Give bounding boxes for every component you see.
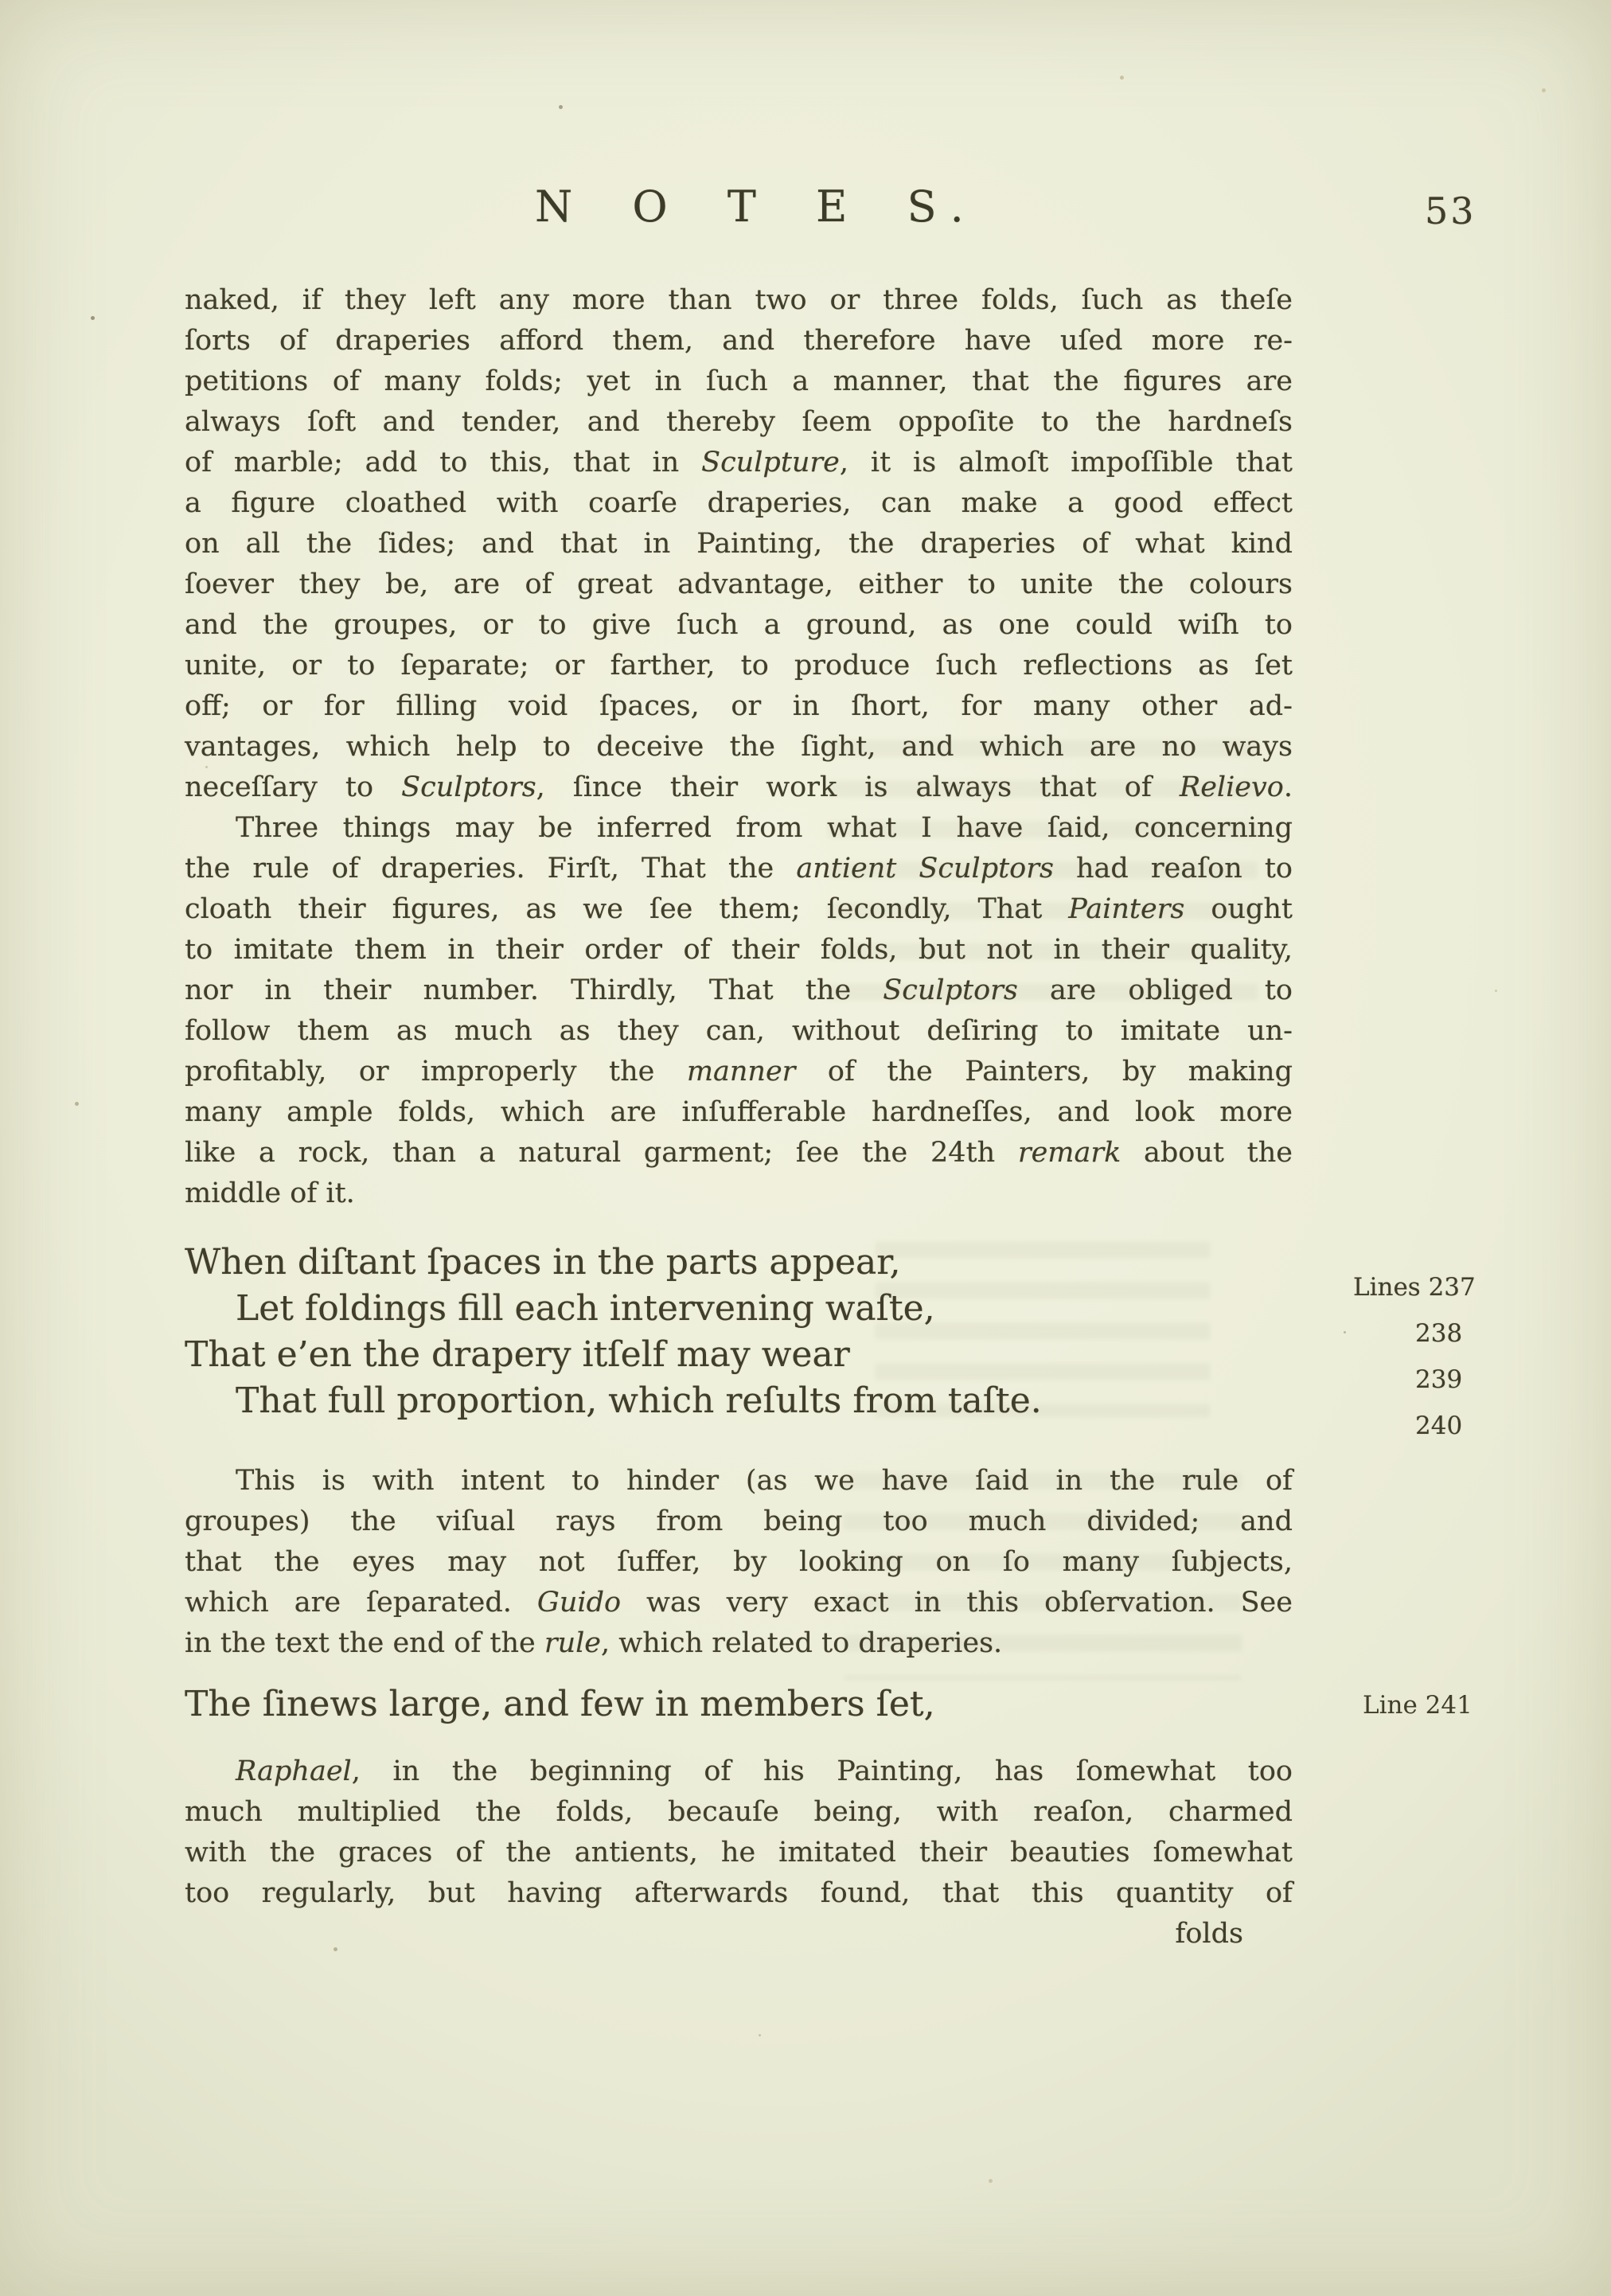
verse-quotation: When diſtant ſpaces in the parts appear,… (185, 1240, 1293, 1424)
text-line: in the text the end of the rule, which r… (185, 1623, 1293, 1664)
text-line: 239 (1353, 1357, 1504, 1403)
text-line: profitably, or improperly the manner of … (185, 1052, 1293, 1092)
text-line: That full proportion, which reſults from… (185, 1378, 1293, 1424)
text-line: 238 (1353, 1310, 1504, 1357)
text-line: When diſtant ſpaces in the parts appear, (185, 1240, 1293, 1286)
text-line: Raphael, in the beginning of his Paintin… (185, 1751, 1293, 1792)
text-line: on all the ſides; and that in Painting, … (185, 524, 1293, 564)
page-number: 53 (1425, 189, 1476, 232)
text-line: neceſſary to Sculptors, ſince their work… (185, 767, 1293, 808)
text-line: That e’en the drapery itſelf may wear (185, 1332, 1293, 1378)
text-line: which are ſeparated. Guido was very exac… (185, 1583, 1293, 1623)
text-line: ſorts of draperies afford them, and ther… (185, 321, 1293, 361)
text-line: that the eyes may not ſuffer, by looking… (185, 1542, 1293, 1583)
text-line: like a rock, than a natural garment; ſee… (185, 1133, 1293, 1173)
text-line: Three things may be inferred from what I… (185, 808, 1293, 849)
text-line: This is with intent to hinder (as we hav… (185, 1461, 1293, 1501)
text-line: off; or for filling void ſpaces, or in ſ… (185, 686, 1293, 727)
text-line: of marble; add to this, that in Sculptur… (185, 443, 1293, 483)
main-note-paragraphs: naked, if they left any more than two or… (185, 280, 1293, 1214)
text-line: Lines 237 (1353, 1264, 1504, 1310)
text-line: vantages, which help to deceive the ſigh… (185, 727, 1293, 767)
margin-note-line-241: Line 241 (1363, 1691, 1473, 1720)
verse-line-numbers: Lines 237238239240 (1353, 1264, 1504, 1449)
verse-commentary-paragraph: This is with intent to hinder (as we hav… (185, 1461, 1293, 1664)
text-line: 240 (1353, 1403, 1504, 1449)
running-head-title: N O T E S. (535, 182, 979, 232)
text-line: Let foldings fill each intervening waſte… (185, 1286, 1293, 1332)
text-line: and the groupes, or to give ſuch a groun… (185, 605, 1293, 646)
quoted-verse-line-241: The ſinews large, and few in members ſet… (185, 1681, 935, 1728)
text-line: with the graces of the antients, he imit… (185, 1833, 1293, 1873)
text-line: to imitate them in their order of their … (185, 930, 1293, 970)
text-line: petitions of many folds; yet in ſuch a m… (185, 361, 1293, 402)
text-line: ſoever they be, are of great advantage, … (185, 564, 1293, 605)
closing-paragraph: Raphael, in the beginning of his Paintin… (185, 1751, 1293, 1954)
text-line: cloath their figures, as we ſee them; ſe… (185, 889, 1293, 930)
text-line: groupes) the viſual rays from being too … (185, 1501, 1293, 1542)
text-line: folds (185, 1914, 1293, 1954)
text-line: the rule of draperies. Firſt, That the a… (185, 849, 1293, 889)
text-line: many ample folds, which are inſufferable… (185, 1092, 1293, 1133)
text-line: nor in their number. Thirdly, That the S… (185, 970, 1293, 1011)
text-line: too regularly, but having afterwards fou… (185, 1873, 1293, 1914)
text-line: always ſoft and tender, and thereby ſeem… (185, 402, 1293, 443)
text-line: a figure cloathed with coarſe draperies,… (185, 483, 1293, 524)
paper-specks (0, 0, 2, 2)
text-line: follow them as much as they can, without… (185, 1011, 1293, 1052)
scanned-book-page: N O T E S. 53 naked, if they left any mo… (0, 0, 1611, 2296)
text-line: much multiplied the folds, becauſe being… (185, 1792, 1293, 1833)
text-line: unite, or to ſeparate; or farther, to pr… (185, 646, 1293, 686)
text-line: naked, if they left any more than two or… (185, 280, 1293, 321)
text-line: middle of it. (185, 1173, 1293, 1214)
